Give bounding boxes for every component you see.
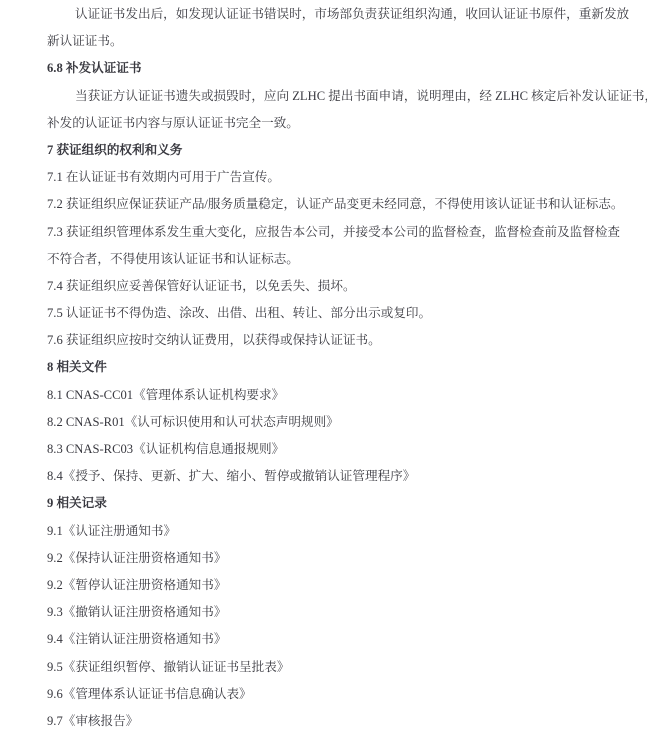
clause-7-6: 7.6 获证组织应按时交纳认证费用，以获得或保持认证证书。 (47, 327, 647, 354)
section-heading-7: 7 获证组织的权利和义务 (47, 137, 647, 164)
clause-7-3-line-2: 不符合者，不得使用该认证证书和认证标志。 (47, 246, 647, 273)
section-heading-9: 9 相关记录 (47, 490, 647, 517)
record-item-9-5: 9.5《获证组织暂停、撤销认证证书呈批表》 (47, 654, 647, 681)
doc-item-8-4: 8.4《授予、保持、更新、扩大、缩小、暂停或撤销认证管理程序》 (47, 463, 647, 490)
record-item-9-3: 9.3《撤销认证注册资格通知书》 (47, 599, 647, 626)
paragraph-line: 当获证方认证证书遗失或损毁时，应向 ZLHC 提出书面申请，说明理由，经 ZLH… (47, 83, 647, 110)
section-heading-6-8: 6.8 补发认证证书 (47, 55, 647, 82)
record-item-9-1: 9.1《认证注册通知书》 (47, 518, 647, 545)
record-item-9-4: 9.4《注销认证注册资格通知书》 (47, 626, 647, 653)
clause-7-5: 7.5 认证证书不得伪造、涂改、出借、出租、转让、部分出示或复印。 (47, 300, 647, 327)
doc-item-8-2: 8.2 CNAS-R01《认可标识使用和认可状态声明规则》 (47, 409, 647, 436)
clause-7-3-line-1: 7.3 获证组织管理体系发生重大变化，应报告本公司，并接受本公司的监督检查，监督… (47, 219, 647, 246)
record-item-9-2b: 9.2《暂停认证注册资格通知书》 (47, 572, 647, 599)
document-page: 认证证书发出后，如发现认证证书错误时，市场部负责获证组织沟通，收回认证证书原件，… (0, 0, 651, 746)
clause-7-1: 7.1 在认证证书有效期内可用于广告宣传。 (47, 164, 647, 191)
clause-7-2: 7.2 获证组织应保证获证产品/服务质量稳定，认证产品变更未经同意，不得使用该认… (47, 191, 647, 218)
paragraph-line: 认证证书发出后，如发现认证证书错误时，市场部负责获证组织沟通，收回认证证书原件，… (47, 1, 647, 28)
doc-item-8-3: 8.3 CNAS-RC03《认证机构信息通报规则》 (47, 436, 647, 463)
record-item-9-2a: 9.2《保持认证注册资格通知书》 (47, 545, 647, 572)
clause-7-4: 7.4 获证组织应妥善保管好认证证书，以免丢失、损坏。 (47, 273, 647, 300)
doc-item-8-1: 8.1 CNAS-CC01《管理体系认证机构要求》 (47, 382, 647, 409)
record-item-9-6: 9.6《管理体系认证证书信息确认表》 (47, 681, 647, 708)
record-item-9-7: 9.7《审核报告》 (47, 708, 647, 735)
paragraph-line: 补发的认证证书内容与原认证证书完全一致。 (47, 110, 647, 137)
paragraph-line: 新认证证书。 (47, 28, 647, 55)
section-heading-8: 8 相关文件 (47, 354, 647, 381)
